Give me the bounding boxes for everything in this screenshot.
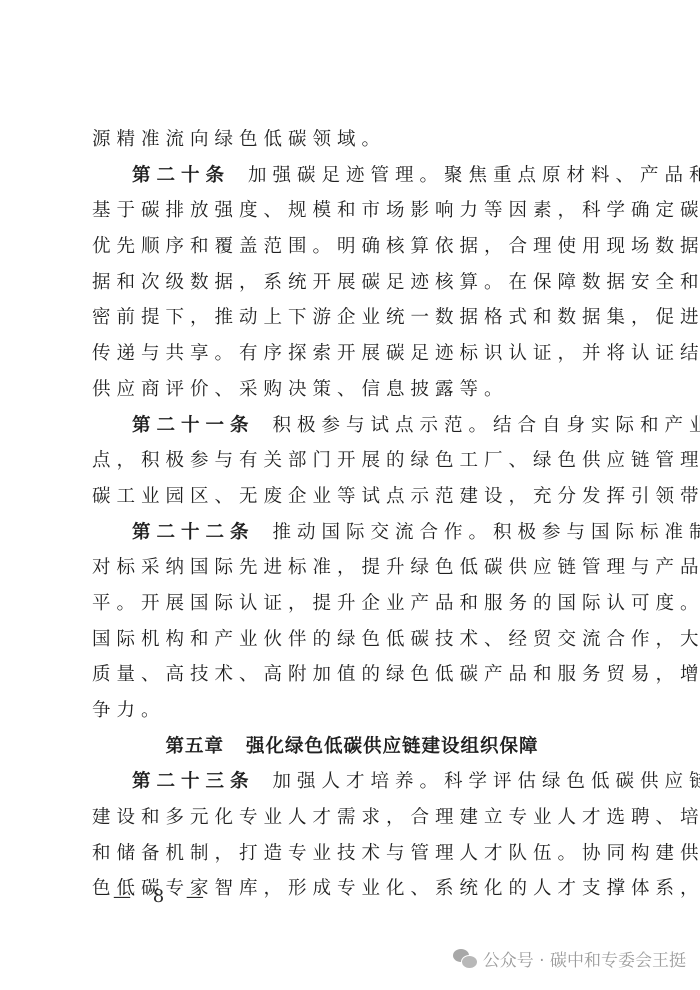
chapter-number: 第五章 (165, 736, 224, 757)
text-line: 供应商评价、采购决策、信息披露等。 (92, 372, 612, 408)
article-20-line: 第二十条加强碳足迹管理。聚焦重点原材料、产品和服务， (92, 158, 612, 194)
watermark-text: 公众号 · 碳中和专委会王挺 (483, 946, 686, 971)
text-line: 点，积极参与有关部门开展的绿色工厂、绿色供应链管理企业、零 (92, 443, 612, 479)
text-line: 据和次级数据，系统开展碳足迹核算。在保障数据安全和商业秘 (92, 265, 612, 301)
text-line: 碳工业园区、无废企业等试点示范建设，充分发挥引领带动作用。 (92, 479, 612, 515)
article-number: 第二十三条 (132, 771, 255, 792)
article-number: 第二十二条 (132, 522, 255, 543)
article-23-line: 第二十三条加强人才培养。科学评估绿色低碳供应链能力 (92, 764, 612, 800)
text-line: 对标采纳国际先进标准，提升绿色低碳供应链管理与产品服务水 (92, 550, 612, 586)
article-number: 第二十一条 (132, 415, 255, 436)
chapter-title: 强化绿色低碳供应链建设组织保障 (246, 736, 539, 757)
text-line: 基于碳排放强度、规模和市场影响力等因素，科学确定碳足迹管理 (92, 193, 612, 229)
page-number: — 8 — (113, 886, 212, 907)
text-line: 密前提下，推动上下游企业统一数据格式和数据集，促进数据高效 (92, 300, 612, 336)
text-line: 争力。 (92, 693, 612, 729)
watermark: 公众号 · 碳中和专委会王挺 (453, 946, 686, 971)
article-heading-text: 推动国际交流合作。积极参与国际标准制定， (273, 522, 700, 543)
text-line: 建设和多元化专业人才需求，合理建立专业人才选聘、培养、使用 (92, 800, 612, 836)
wechat-icon (453, 949, 477, 969)
article-21-line: 第二十一条积极参与试点示范。结合自身实际和产业特 (92, 408, 612, 444)
text-line: 和储备机制，打造专业技术与管理人才队伍。协同构建供应链绿 (92, 836, 612, 872)
article-heading-text: 加强人才培养。科学评估绿色低碳供应链能力 (273, 771, 700, 792)
article-heading-text: 加强碳足迹管理。聚焦重点原材料、产品和服务， (248, 165, 700, 186)
text-line: 平。开展国际认证，提升企业产品和服务的国际认可度。加强与 (92, 586, 612, 622)
article-heading-text: 积极参与试点示范。结合自身实际和产业特 (273, 415, 700, 436)
document-page: 源精准流向绿色低碳领域。 第二十条加强碳足迹管理。聚焦重点原材料、产品和服务， … (92, 122, 612, 907)
text-line: 传递与共享。有序探索开展碳足迹标识认证，并将认证结果用于 (92, 336, 612, 372)
article-22-line: 第二十二条推动国际交流合作。积极参与国际标准制定， (92, 515, 612, 551)
chapter-heading: 第五章强化绿色低碳供应链建设组织保障 (92, 729, 612, 765)
text-line: 质量、高技术、高附加值的绿色低碳产品和服务贸易，增强国际竞 (92, 657, 612, 693)
text-line: 源精准流向绿色低碳领域。 (92, 122, 612, 158)
text-line: 国际机构和产业伙伴的绿色低碳技术、经贸交流合作，大力发展高 (92, 622, 612, 658)
article-number: 第二十条 (132, 165, 230, 186)
text-line: 优先顺序和覆盖范围。明确核算依据，合理使用现场数据、初级数 (92, 229, 612, 265)
